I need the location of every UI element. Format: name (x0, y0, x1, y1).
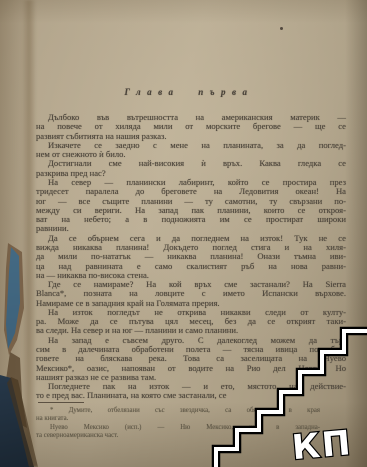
footnote-line: та северноамериканска част. (36, 432, 320, 440)
footnote-text: * Думите, отбелязани със звездичка, са о… (36, 407, 320, 441)
text-line: то е пред вас. Планината, на която сме з… (36, 391, 346, 400)
footnote-line: Нуево Мексико (исп.) — Ню Мексико, щат в… (36, 424, 320, 432)
book-page-photo: Глава първа Дълбоко във вътрешността на … (0, 0, 367, 467)
footnote-rule (38, 402, 84, 403)
gutter-crease (22, 0, 36, 467)
body-text: Дълбоко във вътрешността на американския… (36, 113, 346, 401)
footnote-line: на книгата. (36, 415, 320, 423)
text-line: ват на небето; а в подножията им се прос… (36, 215, 346, 224)
chapter-title: Глава първа (36, 87, 342, 97)
paper-speck (280, 27, 283, 30)
footnote-line: * Думите, отбелязани със звездичка, са о… (36, 407, 320, 415)
